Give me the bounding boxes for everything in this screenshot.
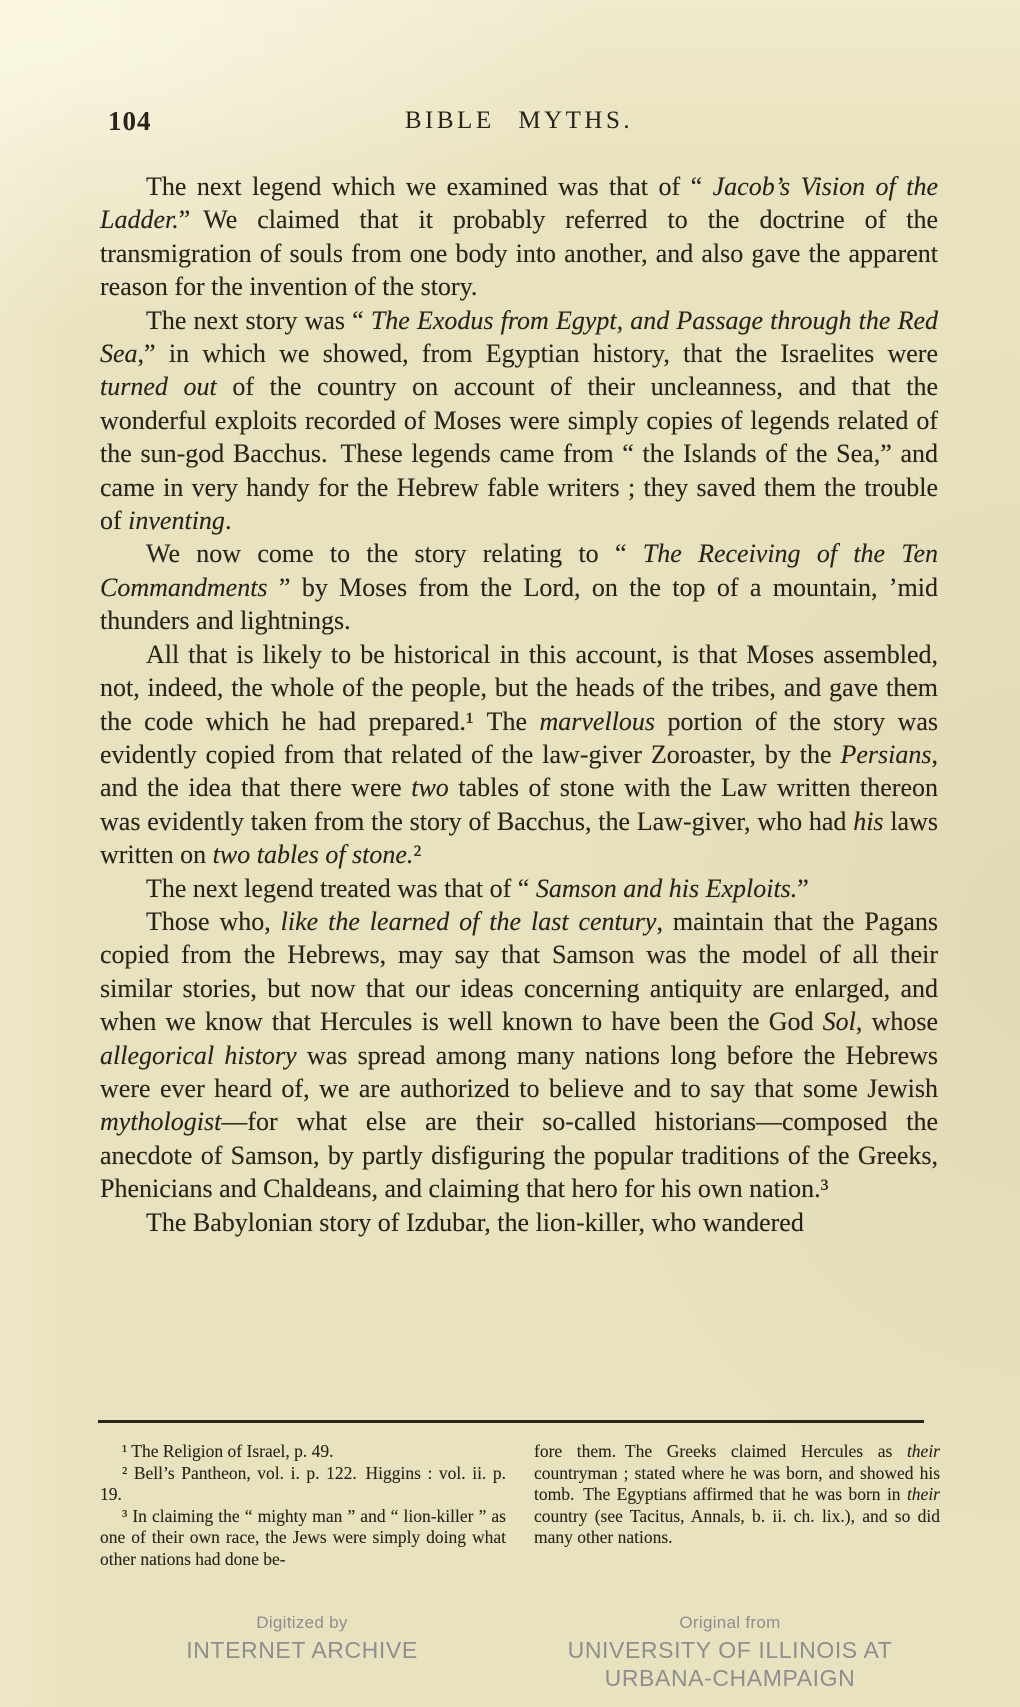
footnote: ¹ The Religion of Israel, p. 49. (100, 1441, 506, 1463)
university-label-line1: UNIVERSITY OF ILLINOIS AT (516, 1636, 944, 1664)
body-paragraph: The next legend which we examined was th… (100, 170, 938, 304)
footnotes-right-column: fore them. The Greeks claimed Hercules a… (534, 1441, 940, 1570)
footnotes-left-column: ¹ The Religion of Israel, p. 49.² Bell’s… (100, 1441, 506, 1570)
original-from-credit: Original from UNIVERSITY OF ILLINOIS AT … (516, 1610, 944, 1692)
body-paragraph: The next story was “ The Exodus from Egy… (100, 304, 938, 538)
footnote-continuation: fore them. The Greeks claimed Hercules a… (534, 1441, 940, 1549)
body-paragraph: Those who, like the learned of the last … (100, 905, 938, 1206)
page-header: 104 BIBLE MYTHS. (100, 106, 938, 140)
footnotes: ¹ The Religion of Israel, p. 49.² Bell’s… (100, 1441, 940, 1570)
running-title: BIBLE MYTHS. (100, 107, 938, 135)
internet-archive-label: INTERNET ARCHIVE (120, 1636, 484, 1664)
book-page-scan: 104 BIBLE MYTHS. The next legend which w… (0, 0, 1020, 1707)
footnote: ² Bell’s Pantheon, vol. i. p. 122. Higgi… (100, 1463, 506, 1506)
digitized-by-label: Digitized by (120, 1610, 484, 1636)
body-paragraph: The Babylonian story of Izdubar, the lio… (100, 1206, 938, 1239)
body-paragraph: The next legend treated was that of “ Sa… (100, 872, 938, 905)
body-paragraph: All that is likely to be historical in t… (100, 638, 938, 872)
digitized-by-credit: Digitized by INTERNET ARCHIVE (120, 1610, 484, 1664)
original-from-label: Original from (516, 1610, 944, 1636)
university-label-line2: URBANA-CHAMPAIGN (516, 1664, 944, 1692)
footnote: ³ In claiming the “ mighty man ” and “ l… (100, 1506, 506, 1571)
body-paragraph: We now come to the story relating to “ T… (100, 537, 938, 637)
body-text: The next legend which we examined was th… (100, 170, 938, 1239)
footnote-divider-rule (98, 1420, 924, 1423)
